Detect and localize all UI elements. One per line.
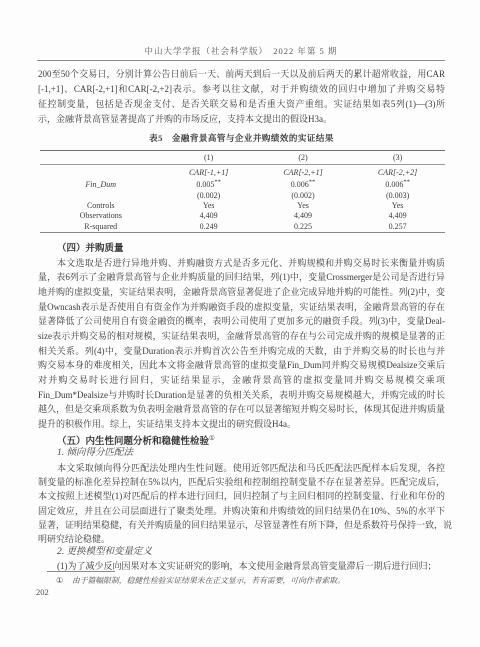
table-row-label: R-squared: [40, 222, 162, 231]
table-cell: 0.006**: [350, 180, 445, 189]
footnote-marker: ①: [56, 576, 63, 585]
footnote-text: 由于篇幅限制，稳健性检验实证结果未在正文显示，若有需要，可向作者索取。: [72, 576, 345, 585]
journal-title: 中山大学学报（社会科学版） 2022 年第 5 期: [145, 46, 338, 56]
body-line: 提升的积极作用。综上，实证结果支持本文提出的研究假设H4a。: [38, 417, 445, 432]
paragraph-2: 本文选取是否进行异地并购、并购融资方式是否多元化、并购规模和并购交易时长来衡量并…: [38, 256, 445, 432]
footnote: ①由于篇幅限制，稳健性检验实证结果未在正文显示，若有需要，可向作者索取。: [56, 576, 436, 586]
body-line: 本文采取倾向得分匹配法处理内生性问题。使用近邻匹配法和马氏匹配法匹配样本后发现，…: [38, 461, 445, 475]
table-cell: 4,409: [256, 211, 350, 220]
body-line: Fin_Dum*Dealsize与并购时长Duration是显著的负相关关系，表…: [38, 388, 445, 403]
body-line: 显著，证明结果稳健，有关并购质量的回归结果显示，尽管显著性有所下降，但是系数符号…: [38, 518, 445, 532]
table-row-controls: Controls Yes Yes Yes: [40, 200, 445, 211]
body-line: 地并购的虚拟变量，实证结果表明，金融背景高管显著促进了企业完成异地并购的可能性。…: [38, 285, 445, 300]
section-heading-4: （四）并购质量: [38, 242, 445, 256]
body-line: 固定效应，并且在公司层面进行了聚类处理。并购决策和并购绩效的回归结果仍在10%、…: [38, 504, 445, 518]
table-row-label: Fin_Dum: [40, 180, 162, 189]
body-line: size表示并购交易的相对规模，实证结果表明，金融背景高管的存在与公司完成并购的…: [38, 329, 445, 344]
table-cell: 0.225: [256, 222, 350, 231]
table-cell: 4,409: [350, 211, 445, 220]
body-line: 量，表6列示了金融背景高管与企业并购质量的回归结果，列(1)中，变量Crossm…: [38, 270, 445, 285]
page-content: 200至50个交易日，分别计算公告日前后一天、前两天到后一天以及前后两天的累计超…: [38, 67, 445, 574]
table-col-header: (3): [350, 153, 445, 162]
significance-stars: **: [403, 178, 410, 185]
subsection-heading-2: 2. 更换模型和变量定义: [38, 546, 445, 559]
table-row-observations: Observations 4,409 4,409 4,409: [40, 211, 445, 222]
footnote-reference: ①: [209, 435, 215, 442]
table-row-fin-dum: Fin_Dum 0.005** 0.006** 0.006**: [40, 179, 445, 190]
table-cell: (0.002): [256, 191, 350, 200]
paragraph-3: 本文采取倾向得分匹配法处理内生性问题。使用近邻匹配法和马氏匹配法匹配样本后发现，…: [38, 461, 445, 546]
body-line: 征控制变量，包括是否现金支付、是否关联交易和是否重大资产重组。实证结果如表5列(…: [38, 97, 445, 112]
table-model-header-row: CAR[-1,+1] CAR[-2,+1] CAR[-2,+2]: [40, 165, 445, 179]
table-cell: Yes: [256, 201, 350, 210]
table-cell: 0.257: [350, 222, 445, 231]
table-row-label: Observations: [40, 211, 162, 220]
table-row-r-squared: R-squared 0.249 0.225 0.257: [40, 221, 445, 232]
body-line: [-1,+1]、CAR[-2,+1]和CAR[-2,+2]表示。参考以往文献，对…: [38, 82, 445, 97]
table-col-header: (2): [256, 153, 350, 162]
table-cell: 4,409: [162, 211, 256, 220]
body-line: 对并购交易时长进行回归，实证结果显示，金融背景高管的虚拟变量同并购交易规模交乘项: [38, 373, 445, 388]
body-line: 200至50个交易日，分别计算公告日前后一天、前两天到后一天以及前后两天的累计超…: [38, 67, 445, 82]
table-column-header-row: (1) (2) (3): [40, 151, 445, 165]
table-col-header: (1): [162, 153, 256, 162]
body-line: 示，金融背景高管显著提高了并购的市场反应，支持本文提出的假设H3a。: [38, 112, 445, 127]
body-line: 越久，但是交乘项系数为负表明金融背景高管的存在可以显著缩短并购交易时长，体现其促…: [38, 402, 445, 417]
table-model-header: CAR[-2,+1]: [256, 168, 350, 177]
subsection-heading-1: 1. 倾向得分匹配法: [38, 446, 445, 461]
table-row-label: Controls: [40, 201, 162, 210]
journal-page: 中山大学学报（社会科学版） 2022 年第 5 期 200至50个交易日，分别计…: [0, 0, 480, 647]
table-cell: (0.003): [350, 191, 445, 200]
significance-stars: **: [214, 178, 221, 185]
table-row-standard-errors: (0.002) (0.002) (0.003): [40, 190, 445, 200]
table-cell: Yes: [350, 201, 445, 210]
body-line: 购交易本身的难度相关，因此本文将金融背景高管的虚拟变量Fin_Dum同并购交易规…: [38, 358, 445, 373]
table-title: 表5 金融背景高管与企业并购绩效的实证结果: [38, 132, 445, 145]
body-line: 制变量的标准化差异控制在5%以内，匹配后实验组和控制组控制变量不存在显著差异。匹…: [38, 475, 445, 489]
body-line: 明研究结论稳健。: [38, 532, 445, 546]
body-line: 显著降低了公司使用自有资金融资的概率，表明公司使用了更加多元的融资手段。列(3)…: [38, 314, 445, 329]
significance-stars: **: [309, 178, 316, 185]
table-cell: 0.005**: [162, 180, 256, 189]
body-line: 量Owncash表示是否使用自有资金作为并购融资手段的虚拟变量，实证结果表明，金…: [38, 300, 445, 315]
section-heading-5: （五）内生性问题分析和稳健性检验①: [38, 432, 445, 447]
page-number: 202: [36, 587, 49, 597]
table-cell: (0.002): [162, 191, 256, 200]
table-cell: Yes: [162, 201, 256, 210]
paragraph-1: 200至50个交易日，分别计算公告日前后一天、前两天到后一天以及前后两天的累计超…: [38, 67, 445, 127]
table-cell: 0.249: [162, 222, 256, 231]
table-model-header: CAR[-2,+2]: [350, 168, 445, 177]
body-line: 本文选取是否进行异地并购、并购融资方式是否多元化、并购规模和并购交易时长来衡量并…: [38, 256, 445, 271]
regression-results-table: (1) (2) (3) CAR[-1,+1] CAR[-2,+1] CAR[-2…: [40, 150, 445, 233]
body-line: 相关关系。列(4)中，变量Duration表示并购首次公告至并购完成的天数，由于…: [38, 344, 445, 359]
footnote-separator-rule: [47, 571, 115, 572]
table-model-header: CAR[-1,+1]: [162, 168, 256, 177]
table-cell: 0.006**: [256, 180, 350, 189]
body-line: 本文按照上述模型(1)对匹配后的样本进行回归，回归控制了与主回归相同的控制变量、…: [38, 489, 445, 503]
page-header: 中山大学学报（社会科学版） 2022 年第 5 期: [37, 46, 445, 61]
